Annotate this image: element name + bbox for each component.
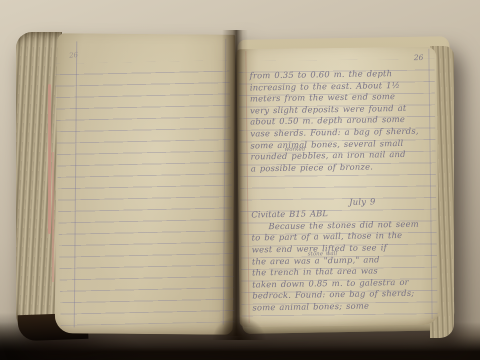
page-edge-red-margin bbox=[48, 84, 51, 234]
page-edge-red-margin bbox=[52, 152, 54, 282]
gutter-foot-shadow bbox=[212, 316, 266, 340]
interlinear-insertion: worked bbox=[284, 147, 305, 153]
page-number: 26 bbox=[414, 53, 424, 62]
right-page-text: from 0.35 to 0.60 m. the depthincreasing… bbox=[250, 68, 435, 314]
interlinear-insertion: stone wall bbox=[308, 251, 338, 257]
open-notebook: 26 26 from 0.35 to 0.60 m. the depthincr… bbox=[16, 28, 452, 338]
notebook-photo: 26 26 from 0.35 to 0.60 m. the depthincr… bbox=[0, 0, 480, 360]
page-number: 26 bbox=[69, 51, 79, 60]
ruled-lines bbox=[55, 60, 234, 326]
left-page: 26 bbox=[55, 33, 236, 335]
right-page: 26 from 0.35 to 0.60 m. the depthincreas… bbox=[236, 47, 439, 327]
